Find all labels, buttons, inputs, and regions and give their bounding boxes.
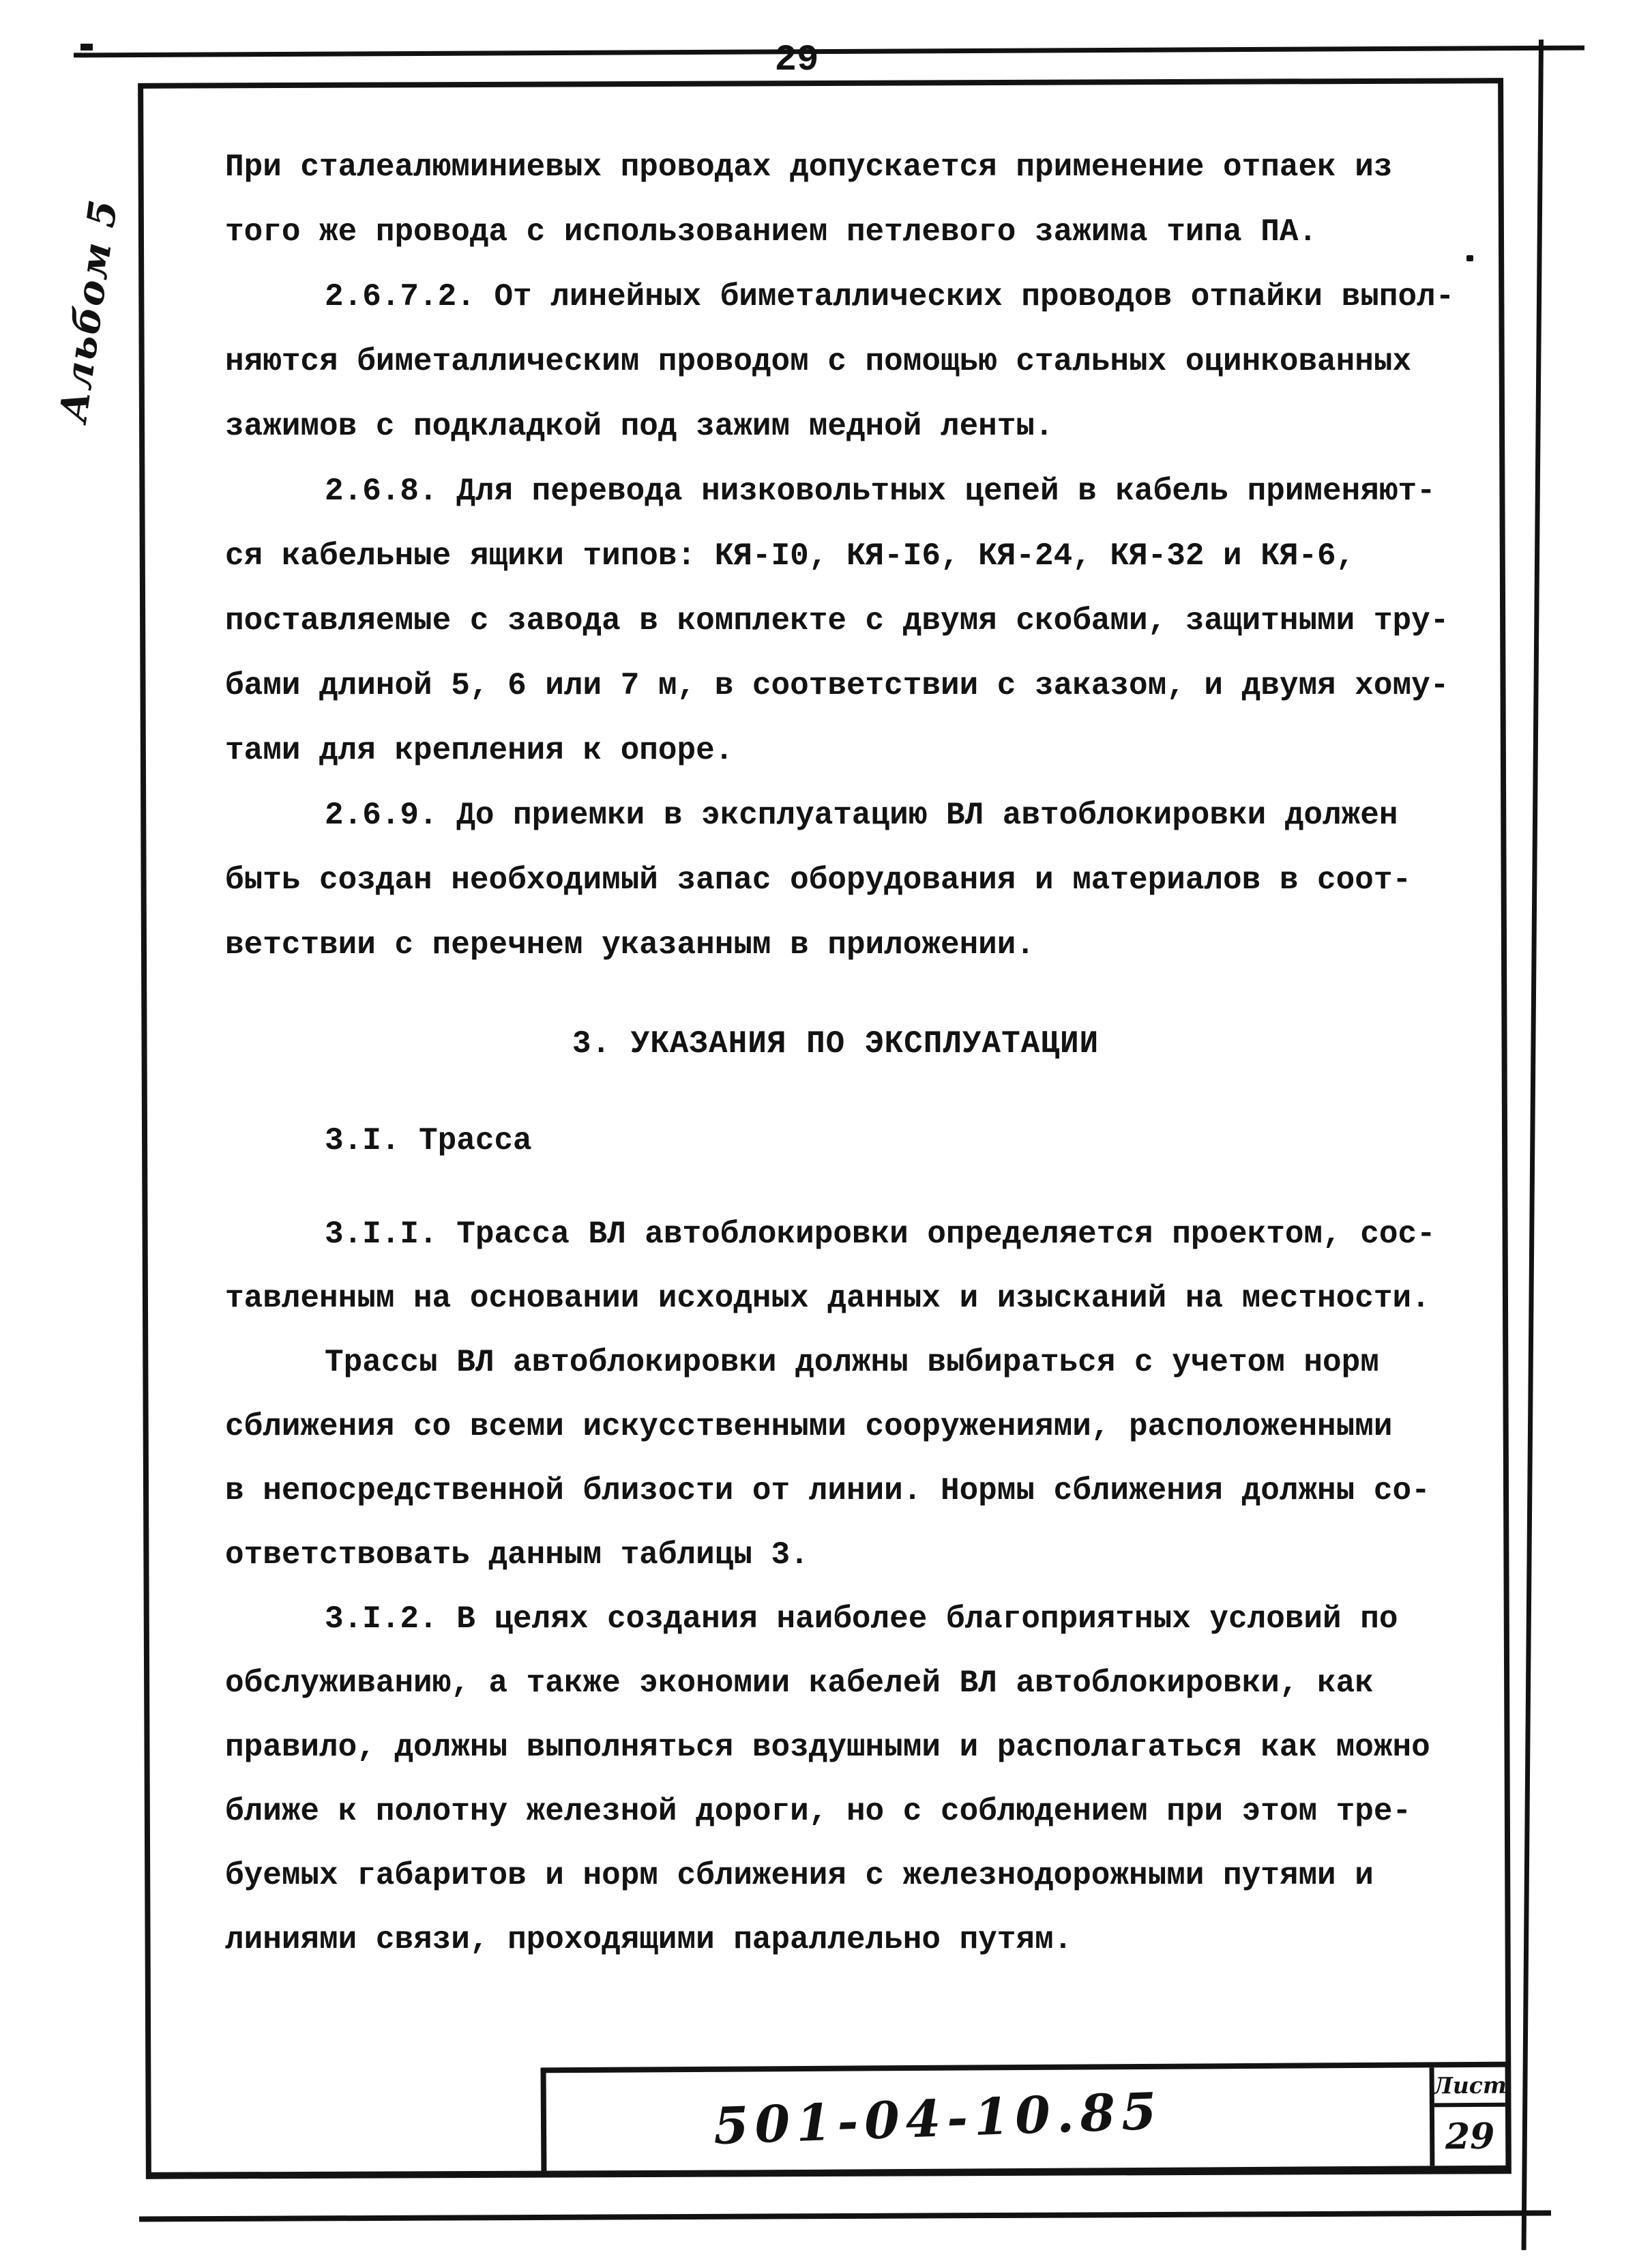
text-line: При сталеалюминиевых проводах допускаетс…	[225, 135, 1466, 200]
text-line: ветствии с перечнем указанным в приложен…	[225, 913, 1466, 978]
sheet-label: Лист	[1434, 2067, 1505, 2108]
text-line: бами длиной 5, 6 или 7 м, в соответствии…	[225, 654, 1466, 718]
text-line: ся кабельные ящики типов: КЯ-I0, КЯ-I6, …	[225, 524, 1466, 589]
text-line: 2.6.9. До приемки в эксплуатацию ВЛ авто…	[325, 783, 1466, 848]
album-margin-label: Альбом 5	[50, 196, 126, 424]
page-number: 29	[756, 40, 838, 81]
text-line: тами для крепления к опоре.	[225, 718, 1466, 783]
title-block: 501-04-10.85 Лист 29	[541, 2062, 1511, 2177]
body-text-block-1: При сталеалюминиевых проводах допускаетс…	[225, 135, 1466, 978]
text-line: правило, должны выполняться воздушными и…	[225, 1715, 1466, 1779]
text-line: линиями связи, проходящими параллельно п…	[225, 1908, 1466, 1972]
text-line: того же провода с использованием петлево…	[225, 200, 1466, 265]
bottom-border-line	[139, 2210, 1551, 2222]
title-block-sheet-column: Лист 29	[1434, 2067, 1506, 2166]
text-line: сближения со всеми искусственными сооруж…	[225, 1395, 1466, 1459]
text-line: няются биметаллическим проводом с помощь…	[225, 330, 1466, 394]
text-line: буемых габаритов и норм сближения с желе…	[225, 1844, 1466, 1908]
text-line: Трассы ВЛ автоблокировки должны выбирать…	[325, 1330, 1466, 1395]
text-line: зажимов с подкладкой под зажим медной ле…	[225, 394, 1466, 459]
title-block-main-cell: 501-04-10.85	[546, 2067, 1435, 2171]
text-line: 3.I.I. Трасса ВЛ автоблокировки определя…	[325, 1202, 1466, 1266]
text-line: обслуживанию, а также экономии кабелей В…	[225, 1651, 1466, 1715]
text-line: 2.6.7.2. От линейных биметаллических про…	[325, 265, 1466, 330]
scan-corner-mark	[80, 44, 93, 50]
document-page: 29 Альбом 5 При сталеалюминиевых провода…	[0, 0, 1652, 2257]
body-text-block-2: 3.I.I. Трасса ВЛ автоблокировки определя…	[225, 1202, 1466, 1972]
text-line: ответствовать данным таблицы 3.	[225, 1523, 1466, 1587]
text-line: быть создан необходимый запас оборудован…	[225, 848, 1466, 913]
right-border-line	[1522, 40, 1544, 2250]
text-line: 2.6.8. Для перевода низковольтных цепей …	[325, 459, 1466, 524]
sheet-number: 29	[1434, 2107, 1506, 2166]
text-line: 3.I.2. В целях создания наиболее благопр…	[325, 1587, 1466, 1651]
section-subheading: 3.I. Трасса	[325, 1123, 532, 1159]
text-line: ближе к полотну железной дороги, но с со…	[225, 1779, 1466, 1844]
text-line: тавленным на основании исходных данных и…	[225, 1266, 1466, 1330]
scan-speck	[1466, 255, 1473, 261]
text-line: поставляемые с завода в комплекте с двум…	[225, 589, 1466, 654]
document-number: 501-04-10.85	[713, 2082, 1164, 2156]
text-line: в непосредственной близости от линии. Но…	[225, 1459, 1466, 1523]
section-heading: 3. УКАЗАНИЯ ПО ЭКСПЛУАТАЦИИ	[225, 1026, 1446, 1062]
